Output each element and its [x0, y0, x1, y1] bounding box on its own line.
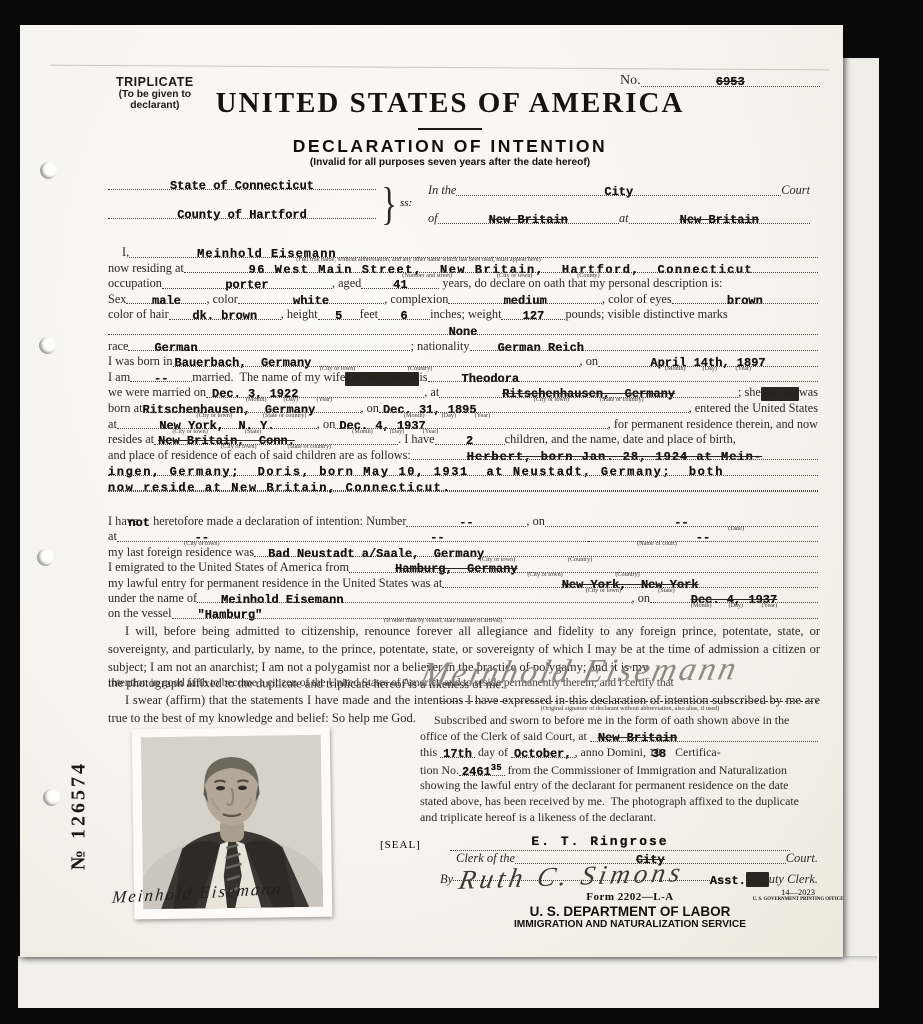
entry-port-caption: (City or town) (State)	[586, 588, 675, 594]
height-ft-value: 5	[335, 309, 342, 323]
spouse-residence-caption: (City or town) (State or country)	[221, 444, 331, 450]
residing-label: now residing at	[108, 261, 184, 276]
complexion-field: medium	[448, 292, 602, 307]
entered-rest: , entered the United States	[689, 401, 818, 416]
height-in-value: 6	[401, 309, 408, 323]
at-label: at	[619, 211, 629, 226]
court-city-value: New Britain	[489, 213, 568, 227]
children-line-1: and place of residence of each of said c…	[108, 448, 818, 464]
prior-number-value: --	[459, 516, 473, 530]
race-value: German	[154, 341, 197, 355]
marks-value: None	[449, 325, 478, 339]
cert-no-value: 2461	[462, 765, 491, 779]
hair-value: dk. brown	[192, 309, 257, 323]
venue-state-line: State of Connecticut	[108, 177, 376, 206]
entry-at-label: at	[108, 417, 117, 432]
married-at-label: , at	[424, 385, 439, 400]
day-field: 17th	[440, 745, 475, 760]
iam-label: I am	[108, 370, 130, 385]
height-ft-field: 5	[318, 307, 360, 322]
weight-label: inches; weight	[430, 307, 501, 322]
children-line-3: now reside at New Britain, Connecticut.	[108, 479, 818, 495]
venue-brace: }	[381, 177, 396, 230]
court-type-field: City	[456, 183, 781, 198]
document-subtitle: (Invalid for all purposes seven years af…	[20, 157, 880, 168]
prior-court-line: at -- (City or town) -- -- (Name of cour…	[108, 529, 818, 544]
nationality-field: German Reich	[470, 339, 818, 354]
punch-hole	[43, 789, 60, 806]
birthplace-field: Bauerbach, Germany (City or town) (Count…	[173, 354, 580, 369]
complexion-label: , complexion	[384, 292, 448, 307]
children-line-2: ingen, Germany; Doris, born May 10, 1931…	[108, 463, 818, 479]
children-count-value: 2	[466, 434, 473, 448]
scan-crease	[50, 65, 830, 71]
last-residence-field: Bad Neustadt a/Saale, Germany (City or t…	[254, 545, 818, 560]
born-on-label: , on	[580, 354, 598, 369]
she-label: ; she	[738, 385, 761, 400]
emigrated-line: I emigrated to the United States of Amer…	[108, 560, 818, 575]
address-caption: (Number and street) (City or town) (Coun…	[402, 273, 599, 279]
spouse-birth-line: born at Ritschenhausen, Germany (City or…	[108, 401, 818, 417]
under-page-bottom	[18, 956, 877, 1008]
spouse-field: Theodora	[428, 370, 818, 385]
married-on-label: we were married on	[108, 385, 206, 400]
vessel-label: on the vessel	[108, 606, 172, 621]
court-word: Court	[781, 183, 810, 198]
prior-date-value: --	[674, 516, 688, 530]
clerk-name-line: E. T. Ringrose	[450, 831, 750, 849]
attest-court-at-label: office of the Clerk of said Court, at	[420, 729, 590, 744]
children2-field: ingen, Germany; Doris, born May 10, 1931…	[108, 463, 818, 478]
of-label: of	[428, 211, 438, 226]
clerk-court-word: Court.	[786, 851, 818, 866]
resides-at-label: resides at	[108, 432, 154, 447]
or-he-struck: or he	[761, 387, 799, 401]
venue-court: In the City Court of New Britain at New …	[428, 183, 810, 239]
county-field: County of Hartford	[108, 206, 376, 221]
spouse-birthplace-caption: (City or town) (State or country)	[197, 413, 307, 419]
height-label: , height	[281, 307, 318, 322]
in-the-label: In the	[428, 183, 456, 198]
ss-label: ss:	[400, 197, 412, 209]
attest-line-1: Subscribed and sworn to before me in the…	[420, 713, 818, 729]
commissioner-label: from the Commissioner of Immigration and…	[505, 763, 787, 778]
color-field: white	[238, 292, 384, 307]
prior-state-value: --	[430, 531, 444, 545]
this-label: this	[420, 745, 440, 760]
weight-value: 127	[523, 309, 545, 323]
emigrated-value: Hamburg, Germany	[395, 562, 517, 576]
title-rule	[418, 128, 482, 130]
last-residence-caption: (City or town) (Country)	[480, 557, 592, 563]
spouse-port-caption: (City or town) (State)	[172, 429, 261, 435]
declarant-signature: Meinhold Eisemann	[417, 649, 847, 693]
eyes-label: , color of eyes	[602, 292, 672, 307]
hair-label: color of hair	[108, 307, 169, 322]
marks-line: None	[108, 323, 818, 339]
signature-line	[440, 701, 818, 702]
attest-line-4: tion No. 246135 from the Commissioner of…	[420, 762, 818, 778]
born-label: I was born in	[108, 354, 173, 369]
state-value: State of Connecticut	[170, 179, 314, 193]
vessel-caption: (If other than by vessel, state manner o…	[384, 618, 502, 624]
attestation-section: Subscribed and sworn to before me in the…	[420, 713, 818, 826]
sex-line: Sex male , color white , complexion medi…	[108, 292, 818, 308]
color-value: white	[293, 294, 329, 308]
declaration-body: I, Meinhold Eisemann (Full true name, wi…	[108, 245, 818, 510]
prior-city-field: -- (City or town)	[117, 529, 287, 544]
prior-date-field: -- (Date)	[545, 514, 818, 529]
fullname-caption: (Full true name, without abbreviation, a…	[296, 257, 540, 263]
attest-line-2: office of the Clerk of said Court, at Ne…	[420, 729, 818, 745]
children-rest: children, and the name, date and place o…	[505, 432, 736, 447]
spouse-born-at-label: born at	[108, 401, 143, 416]
prior-courtname-field: -- (Name of court)	[588, 529, 818, 544]
entry-name-line: under the name of Meinhold Eisemann , on…	[108, 591, 818, 606]
sex-value: male	[152, 294, 181, 308]
cert-no-field: 246135	[459, 762, 505, 778]
spouse-birthdate-caption: (Month) (Day) (Year)	[404, 413, 490, 419]
court-name-line: In the City Court	[428, 183, 810, 211]
not-value: not	[128, 516, 150, 530]
feet-label: feet	[360, 307, 378, 322]
service-name: IMMIGRATION AND NATURALIZATION SERVICE	[490, 919, 770, 930]
month-field: October,	[511, 745, 575, 760]
children3-value: now reside at New Britain, Connecticut.	[108, 481, 451, 495]
children-count-field: 2	[435, 432, 505, 447]
eyes-field: brown	[672, 292, 818, 307]
clerk-name-value: E. T. Ringrose	[531, 834, 668, 849]
nationality-label: ; nationality	[410, 339, 469, 354]
occupation-value: porter	[225, 278, 268, 292]
sex-label: Sex	[108, 292, 126, 307]
certifica-label: Certifica-	[666, 745, 720, 760]
occupation-field: porter	[162, 276, 332, 291]
children2-value: ingen, Germany; Doris, born May 10, 1931…	[108, 465, 724, 479]
day-value: 17th	[443, 747, 472, 761]
complexion-value: medium	[504, 294, 547, 308]
seal-label: [SEAL]	[380, 839, 421, 851]
hair-line: color of hair dk. brown , height 5 feet …	[108, 307, 818, 323]
birthplace-value: Bauerbach, Germany	[175, 356, 312, 370]
entry-on-label: , on	[317, 417, 335, 432]
court-city-field: New Britain	[438, 211, 619, 226]
birthdate-caption: (Month) (Day) (Year)	[665, 366, 751, 372]
permanent-rest: , for permanent residence therein, and n…	[608, 417, 818, 432]
entry-name-field: Meinhold Eisemann	[197, 591, 631, 606]
occupation-label: occupation	[108, 276, 162, 291]
marriage-place-field: Ritschenhausen, Germany (City or town) (…	[439, 385, 738, 400]
prior-city-caption: (City or town)	[184, 541, 219, 547]
marks-field: None	[108, 323, 818, 338]
day-of-label: day of	[475, 745, 511, 760]
vessel-value: "Hamburg"	[198, 608, 263, 622]
color-label: , color	[206, 292, 237, 307]
prior-state-field: --	[287, 529, 588, 544]
married-value: --	[154, 372, 168, 386]
eyes-value: brown	[727, 294, 763, 308]
race-label: race	[108, 339, 128, 354]
marriage-place-caption: (City or town) (State or country)	[534, 397, 644, 403]
by-label: By	[440, 872, 453, 887]
document-title: DECLARATION OF INTENTION	[20, 136, 880, 157]
attest-line-3: this 17th day of October, , anno Domini,…	[420, 745, 818, 761]
marriage-date-field: Dec. 3, 1922 (Month) (Day) (Year)	[206, 385, 424, 400]
signature-caption: (Original signature of declarant without…	[450, 705, 810, 712]
name-field: Meinhold Eisemann (Full true name, witho…	[129, 245, 818, 260]
printing-office-footer: 14—2023 U. S. GOVERNMENT PRINTING OFFICE	[738, 887, 858, 902]
country-title: UNITED STATES OF AMERICA	[20, 87, 880, 120]
nationality-value: German Reich	[498, 341, 584, 355]
age-value: 41	[393, 278, 407, 292]
gpo-name: U. S. GOVERNMENT PRINTING OFFICE	[738, 897, 858, 902]
venue-state-county: State of Connecticut County of Hartford	[108, 177, 376, 235]
birth-line: I was born in Bauerbach, Germany (City o…	[108, 354, 818, 370]
print-number: 14—2023	[738, 887, 858, 897]
prior-courtname-value: --	[696, 531, 710, 545]
aged-label: , aged	[332, 276, 361, 291]
attest-line-6: stated above, has been received by me. T…	[420, 794, 818, 810]
empty-rule-line	[108, 495, 818, 511]
attest-place-value: New Britain	[598, 731, 677, 745]
race-line: race German ; nationality German Reich	[108, 339, 818, 355]
asst-value: Asst.	[710, 874, 746, 888]
marriage-date-caption: (Month) (Day) (Year)	[246, 397, 332, 403]
i-label: I,	[108, 245, 129, 260]
attest-place-field: New Britain	[590, 729, 818, 744]
children1-value: Herbert, born Jan. 28, 1924 at Mein-	[467, 450, 762, 464]
prior-date-caption: (Date)	[728, 526, 744, 532]
entry-name-label: under the name of	[108, 591, 197, 606]
spouse-value: Theodora	[462, 372, 520, 386]
was-label: was	[799, 385, 818, 400]
year-value: 38	[652, 747, 666, 761]
tion-no-label: tion No.	[420, 763, 459, 778]
entry-name-value: Meinhold Eisemann	[221, 593, 343, 607]
anno-domini-label: , anno Domini, 19	[575, 745, 661, 760]
prior-court-caption: (Name of court)	[637, 541, 677, 547]
month-value: October,	[514, 747, 572, 761]
deputy-struck: Dep	[746, 872, 769, 887]
punch-hole	[39, 337, 56, 354]
document-page: № 126574 TRIPLICATE (To be given to decl…	[20, 25, 843, 957]
attest-line-5: showing the lawful entry of the declaran…	[420, 778, 818, 794]
spouse-entry-date-caption: (Month) (Day) (Year)	[352, 429, 438, 435]
lawful-entry-line: my lawful entry for permanent residence …	[108, 576, 818, 591]
scanned-document: № 126574 TRIPLICATE (To be given to decl…	[0, 0, 923, 1024]
marriage-line: we were married on Dec. 3, 1922 (Month) …	[108, 385, 818, 401]
prior-on-label: , on	[526, 514, 544, 529]
entry-date-caption: (Month) (Day) (Year)	[691, 603, 777, 609]
or-husband-struck: or husband	[345, 372, 419, 386]
department-name: U. S. DEPARTMENT OF LABOR	[490, 904, 770, 919]
uty-clerk-label: uty Clerk.	[769, 872, 818, 887]
county-value: County of Hartford	[177, 208, 307, 222]
weight-rest: pounds; visible distinctive marks	[565, 307, 727, 322]
children1-field: Herbert, born Jan. 28, 1924 at Mein-	[411, 448, 818, 463]
last-residence-label: my last foreign residence was	[108, 545, 254, 560]
venue-county-line: County of Hartford	[108, 206, 376, 235]
torn-page-edge-right	[841, 58, 879, 1008]
name-line: I, Meinhold Eisemann (Full true name, wi…	[108, 245, 818, 261]
spouse-born-on-label: , on	[361, 401, 379, 416]
attest-line-7: and triplicate hereof is a likeness of t…	[420, 810, 818, 826]
cert-no-sup: 35	[491, 763, 502, 773]
sex-field: male	[126, 292, 206, 307]
emigrated-label: I emigrated to the United States of Amer…	[108, 560, 349, 575]
entry-label: my lawful entry for permanent residence …	[108, 576, 442, 591]
race-field: German	[128, 339, 410, 354]
emigrated-caption: (City or town) (Country)	[527, 572, 639, 578]
heretofore-label: heretofore made a declaration of intenti…	[150, 514, 406, 529]
entry-date-field: Dec. 4, 1937 (Month) (Day) (Year)	[650, 591, 818, 606]
last-residence-value: Bad Neustadt a/Saale, Germany	[268, 547, 484, 561]
entry-section: I have not heretofore made a declaration…	[108, 514, 818, 622]
weight-field: 127	[501, 307, 565, 322]
prior-declaration-line: I have not heretofore made a declaration…	[108, 514, 818, 529]
serial-number-stamp: № 126574	[68, 731, 91, 901]
court-place-line: of New Britain at New Britain	[428, 211, 810, 239]
married-field: --	[130, 370, 192, 385]
prior-at-label: at	[108, 529, 117, 544]
prior-number-field: --	[406, 514, 526, 529]
punch-hole	[37, 549, 54, 566]
birthplace-caption: (City or town) (Country)	[320, 366, 432, 372]
state-field: State of Connecticut	[108, 177, 376, 192]
court-type-value: City	[604, 185, 633, 199]
hair-field: dk. brown	[169, 307, 281, 322]
court-at-value: New Britain	[680, 213, 759, 227]
birthdate-field: April 14th, 1897 (Month) (Day) (Year)	[598, 354, 818, 369]
court-at-field: New Britain	[629, 211, 810, 226]
height-in-field: 6	[378, 307, 430, 322]
form-footer: Form 2202—L-A U. S. DEPARTMENT OF LABOR …	[490, 891, 770, 930]
